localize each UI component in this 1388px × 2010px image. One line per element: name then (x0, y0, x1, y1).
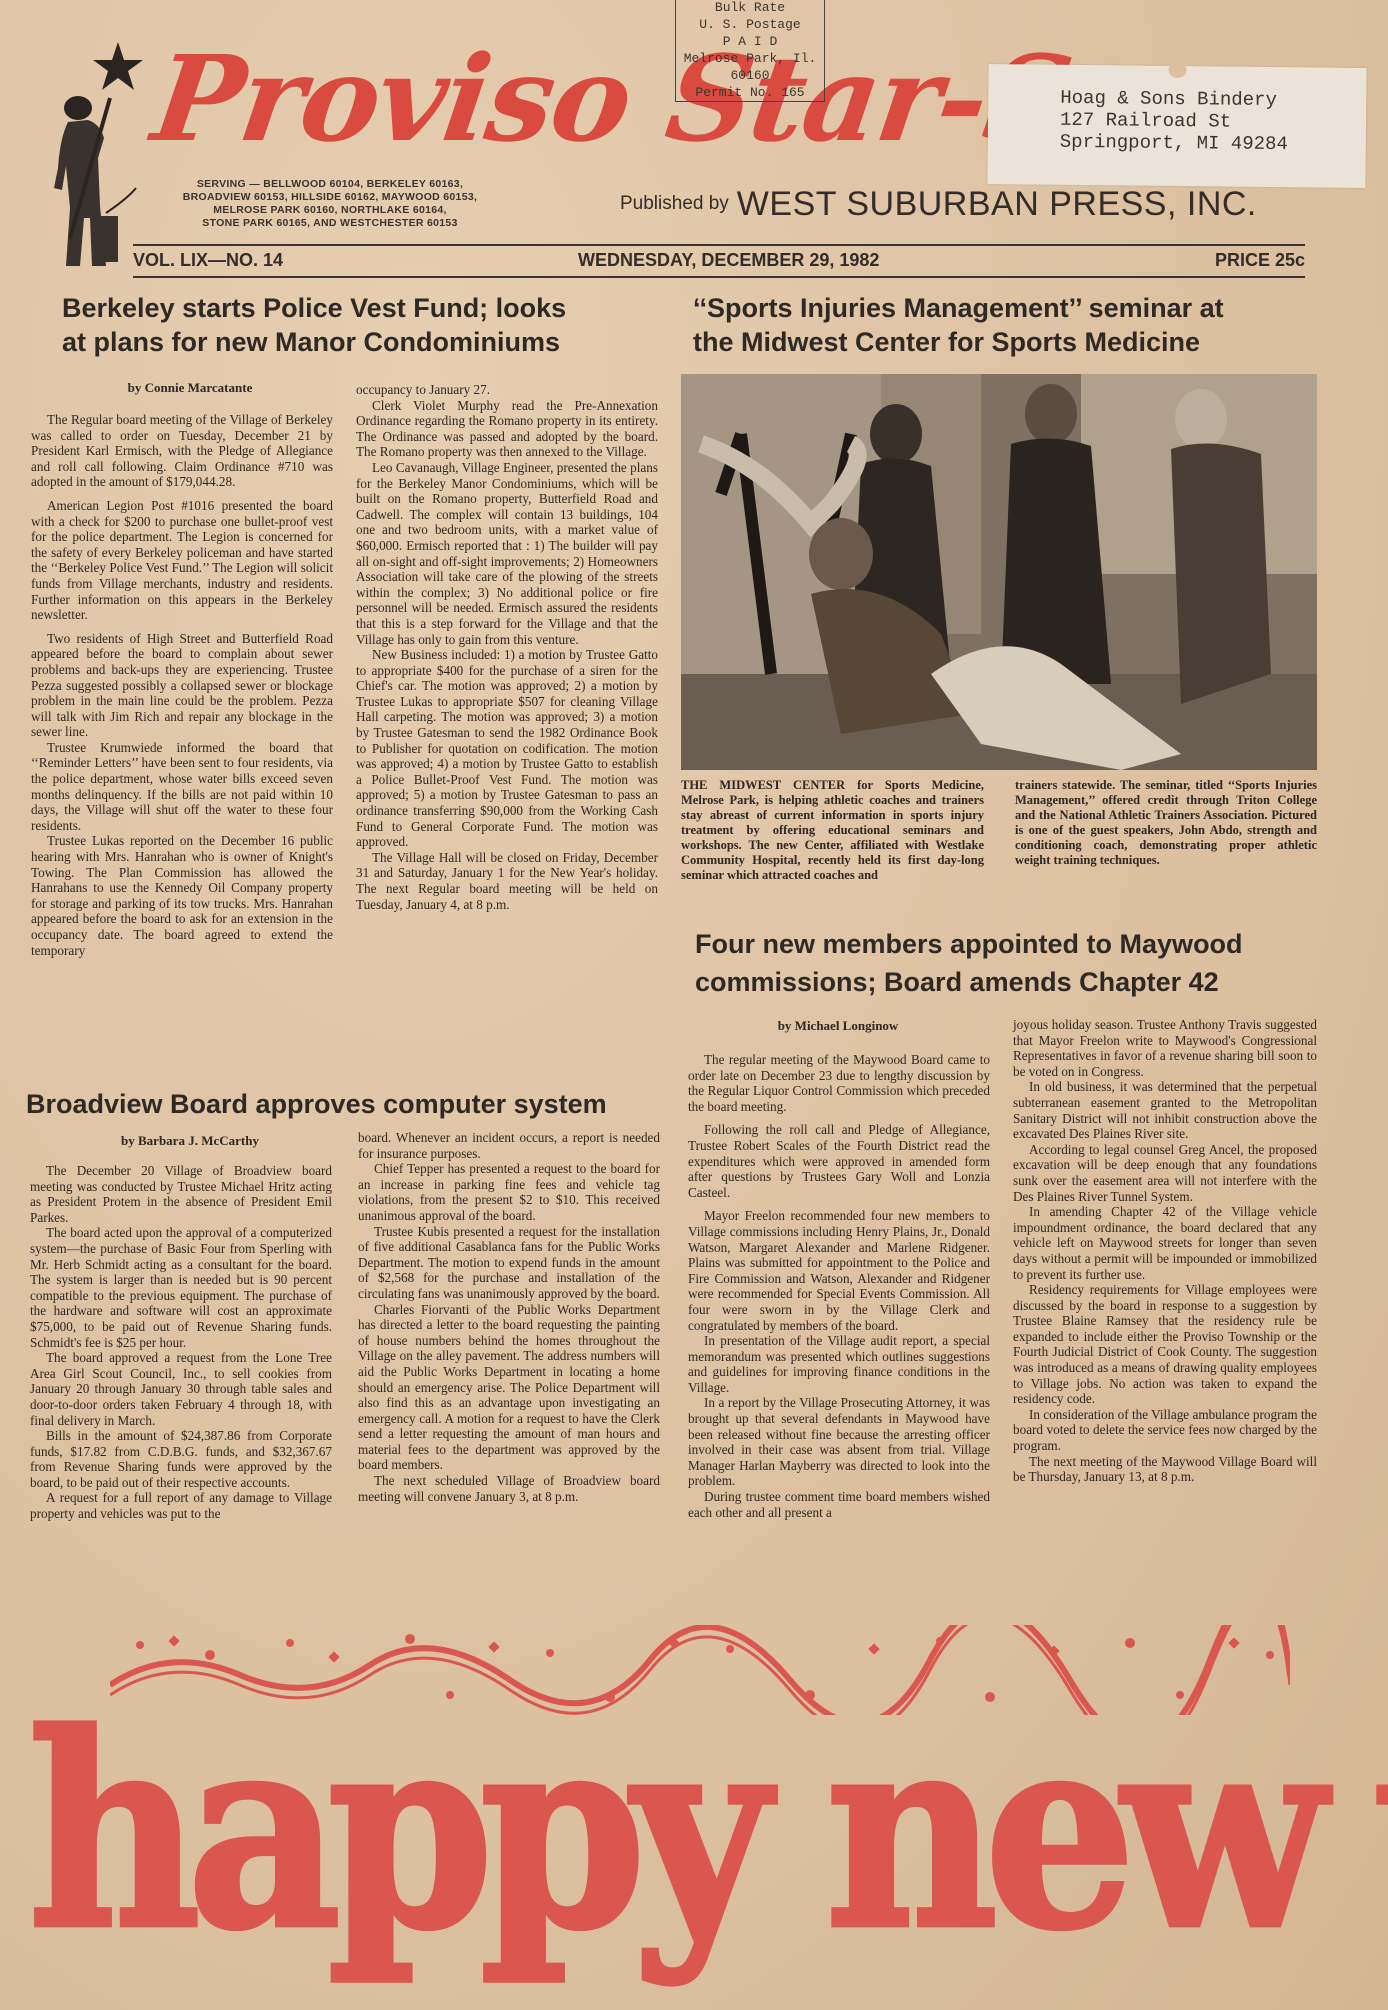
paragraph: The regular meeting of the Maywood Board… (688, 1052, 990, 1114)
headline-line: Four new members appointed to Maywood (695, 925, 1335, 963)
broadview-column-1: The December 20 Village of Broadview boa… (30, 1163, 332, 1522)
headline-line: commissions; Board amends Chapter 42 (695, 963, 1335, 1001)
stamp-line: Bulk Rate (676, 0, 824, 16)
paragraph: Following the roll call and Pledge of Al… (688, 1122, 990, 1200)
stamp-line: P A I D (676, 33, 824, 50)
masthead-rule-bottom (133, 276, 1305, 278)
paragraph: Clerk Violet Murphy read the Pre-Annexat… (356, 398, 658, 460)
paragraph: joyous holiday season. Trustee Anthony T… (1013, 1017, 1317, 1079)
paragraph: New Business included: 1) a motion by Tr… (356, 647, 658, 850)
paragraph: The board acted upon the approval of a c… (30, 1225, 332, 1350)
paragraph: The Regular board meeting of the Village… (31, 412, 333, 490)
postage-stamp: Bulk Rate U. S. Postage P A I D Melrose … (675, 0, 825, 102)
headline-line: at plans for new Manor Condominiums (62, 326, 662, 360)
sports-photo (681, 374, 1317, 770)
berkeley-column-1: The Regular board meeting of the Village… (31, 412, 333, 958)
stamp-line: U. S. Postage (676, 16, 824, 33)
paragraph: American Legion Post #1016 presented the… (31, 498, 333, 623)
paragraph: In consideration of the Village ambulanc… (1013, 1407, 1317, 1454)
paragraph: Trustee Kubis presented a request for th… (358, 1224, 660, 1302)
paragraph: Leo Cavanaugh, Village Engineer, present… (356, 460, 658, 647)
stamp-line: Melrose Park, Il. 60160 (676, 50, 824, 84)
publisher-line: Published byWEST SUBURBAN PRESS, INC. (620, 185, 1257, 224)
paragraph: According to legal counsel Greg Ancel, t… (1013, 1142, 1317, 1204)
paragraph: A request for a full report of any damag… (30, 1490, 332, 1521)
masthead-rule-top (133, 244, 1305, 246)
paragraph: Trustee Krumwiede informed the board tha… (31, 740, 333, 834)
paragraph: Bills in the amount of $24,387.86 from C… (30, 1428, 332, 1490)
minuteman-star-logo-icon (40, 38, 150, 270)
headline-line: Berkeley starts Police Vest Fund; looks (62, 292, 662, 326)
label-line: Hoag & Sons Bindery (1060, 87, 1288, 111)
byline-maywood: by Michael Longinow (688, 1018, 988, 1034)
paragraph: Mayor Freelon recommended four new membe… (688, 1208, 990, 1333)
headline-broadview: Broadview Board approves computer system (26, 1088, 676, 1122)
headline-line: ‘‘Sports Injuries Management’’ seminar a… (693, 292, 1333, 326)
issue-date: WEDNESDAY, DECEMBER 29, 1982 (578, 250, 879, 271)
paragraph: In old business, it was determined that … (1013, 1079, 1317, 1141)
byline-berkeley: by Connie Marcatante (40, 380, 340, 396)
serving-line: SERVING — BELLWOOD 60104, BERKELEY 60163… (150, 178, 510, 191)
volume-number: VOL. LIX—NO. 14 (133, 250, 283, 271)
maywood-column-1: The regular meeting of the Maywood Board… (688, 1052, 990, 1520)
headline-maywood: Four new members appointed to Maywood co… (695, 925, 1335, 1001)
serving-areas: SERVING — BELLWOOD 60104, BERKELEY 60163… (150, 178, 510, 230)
paragraph: The December 20 Village of Broadview boa… (30, 1163, 332, 1225)
photo-caption-2: trainers statewide. The seminar, titled … (1015, 778, 1317, 868)
label-line: 127 Railroad St (1060, 109, 1288, 133)
headline-sports: ‘‘Sports Injuries Management’’ seminar a… (693, 292, 1333, 360)
headline-line: the Midwest Center for Sports Medicine (693, 326, 1333, 360)
price: PRICE 25c (1215, 250, 1305, 271)
serving-line: MELROSE PARK 60160, NORTHLAKE 60164, (150, 204, 510, 217)
berkeley-column-2: occupancy to January 27. Clerk Violet Mu… (356, 382, 658, 912)
dateline: VOL. LIX—NO. 14 WEDNESDAY, DECEMBER 29, … (133, 247, 1305, 275)
paragraph: The next scheduled Village of Broadview … (358, 1473, 660, 1504)
serving-line: BROADVIEW 60153, HILLSIDE 60162, MAYWOOD… (150, 191, 510, 204)
paragraph: In presentation of the Village audit rep… (688, 1333, 990, 1395)
serving-line: STONE PARK 60165, AND WESTCHESTER 60153 (150, 217, 510, 230)
paragraph: occupancy to January 27. (356, 382, 658, 398)
paragraph: The board approved a request from the Lo… (30, 1350, 332, 1428)
paragraph: Chief Tepper has presented a request to … (358, 1161, 660, 1223)
headline-berkeley: Berkeley starts Police Vest Fund; looks … (62, 292, 662, 360)
paragraph: Residency requirements for Village emplo… (1013, 1282, 1317, 1407)
published-by-label: Published by (620, 193, 729, 214)
happy-new-year-banner: happy new year (28, 1700, 1368, 2010)
label-line: Springport, MI 49284 (1060, 131, 1288, 155)
paragraph: The Village Hall will be closed on Frida… (356, 850, 658, 912)
stamp-line: Permit No. 165 (676, 84, 824, 101)
photo-caption-1: THE MIDWEST CENTER for Sports Medicine, … (681, 778, 984, 883)
paragraph: Charles Fiorvanti of the Public Works De… (358, 1302, 660, 1474)
mailing-label: Hoag & Sons Bindery 127 Railroad St Spri… (987, 64, 1366, 188)
paragraph: During trustee comment time board member… (688, 1489, 990, 1520)
paragraph: board. Whenever an incident occurs, a re… (358, 1130, 660, 1161)
paragraph: The next meeting of the Maywood Village … (1013, 1454, 1317, 1485)
paragraph: Trustee Lukas reported on the December 1… (31, 833, 333, 958)
paragraph: In amending Chapter 42 of the Village ve… (1013, 1204, 1317, 1282)
paragraph: In a report by the Village Prosecuting A… (688, 1395, 990, 1489)
byline-broadview: by Barbara J. McCarthy (40, 1133, 340, 1149)
maywood-column-2: joyous holiday season. Trustee Anthony T… (1013, 1017, 1317, 1485)
paragraph: Two residents of High Street and Butterf… (31, 631, 333, 740)
broadview-column-2: board. Whenever an incident occurs, a re… (358, 1130, 660, 1504)
publisher-name: WEST SUBURBAN PRESS, INC. (737, 185, 1257, 223)
